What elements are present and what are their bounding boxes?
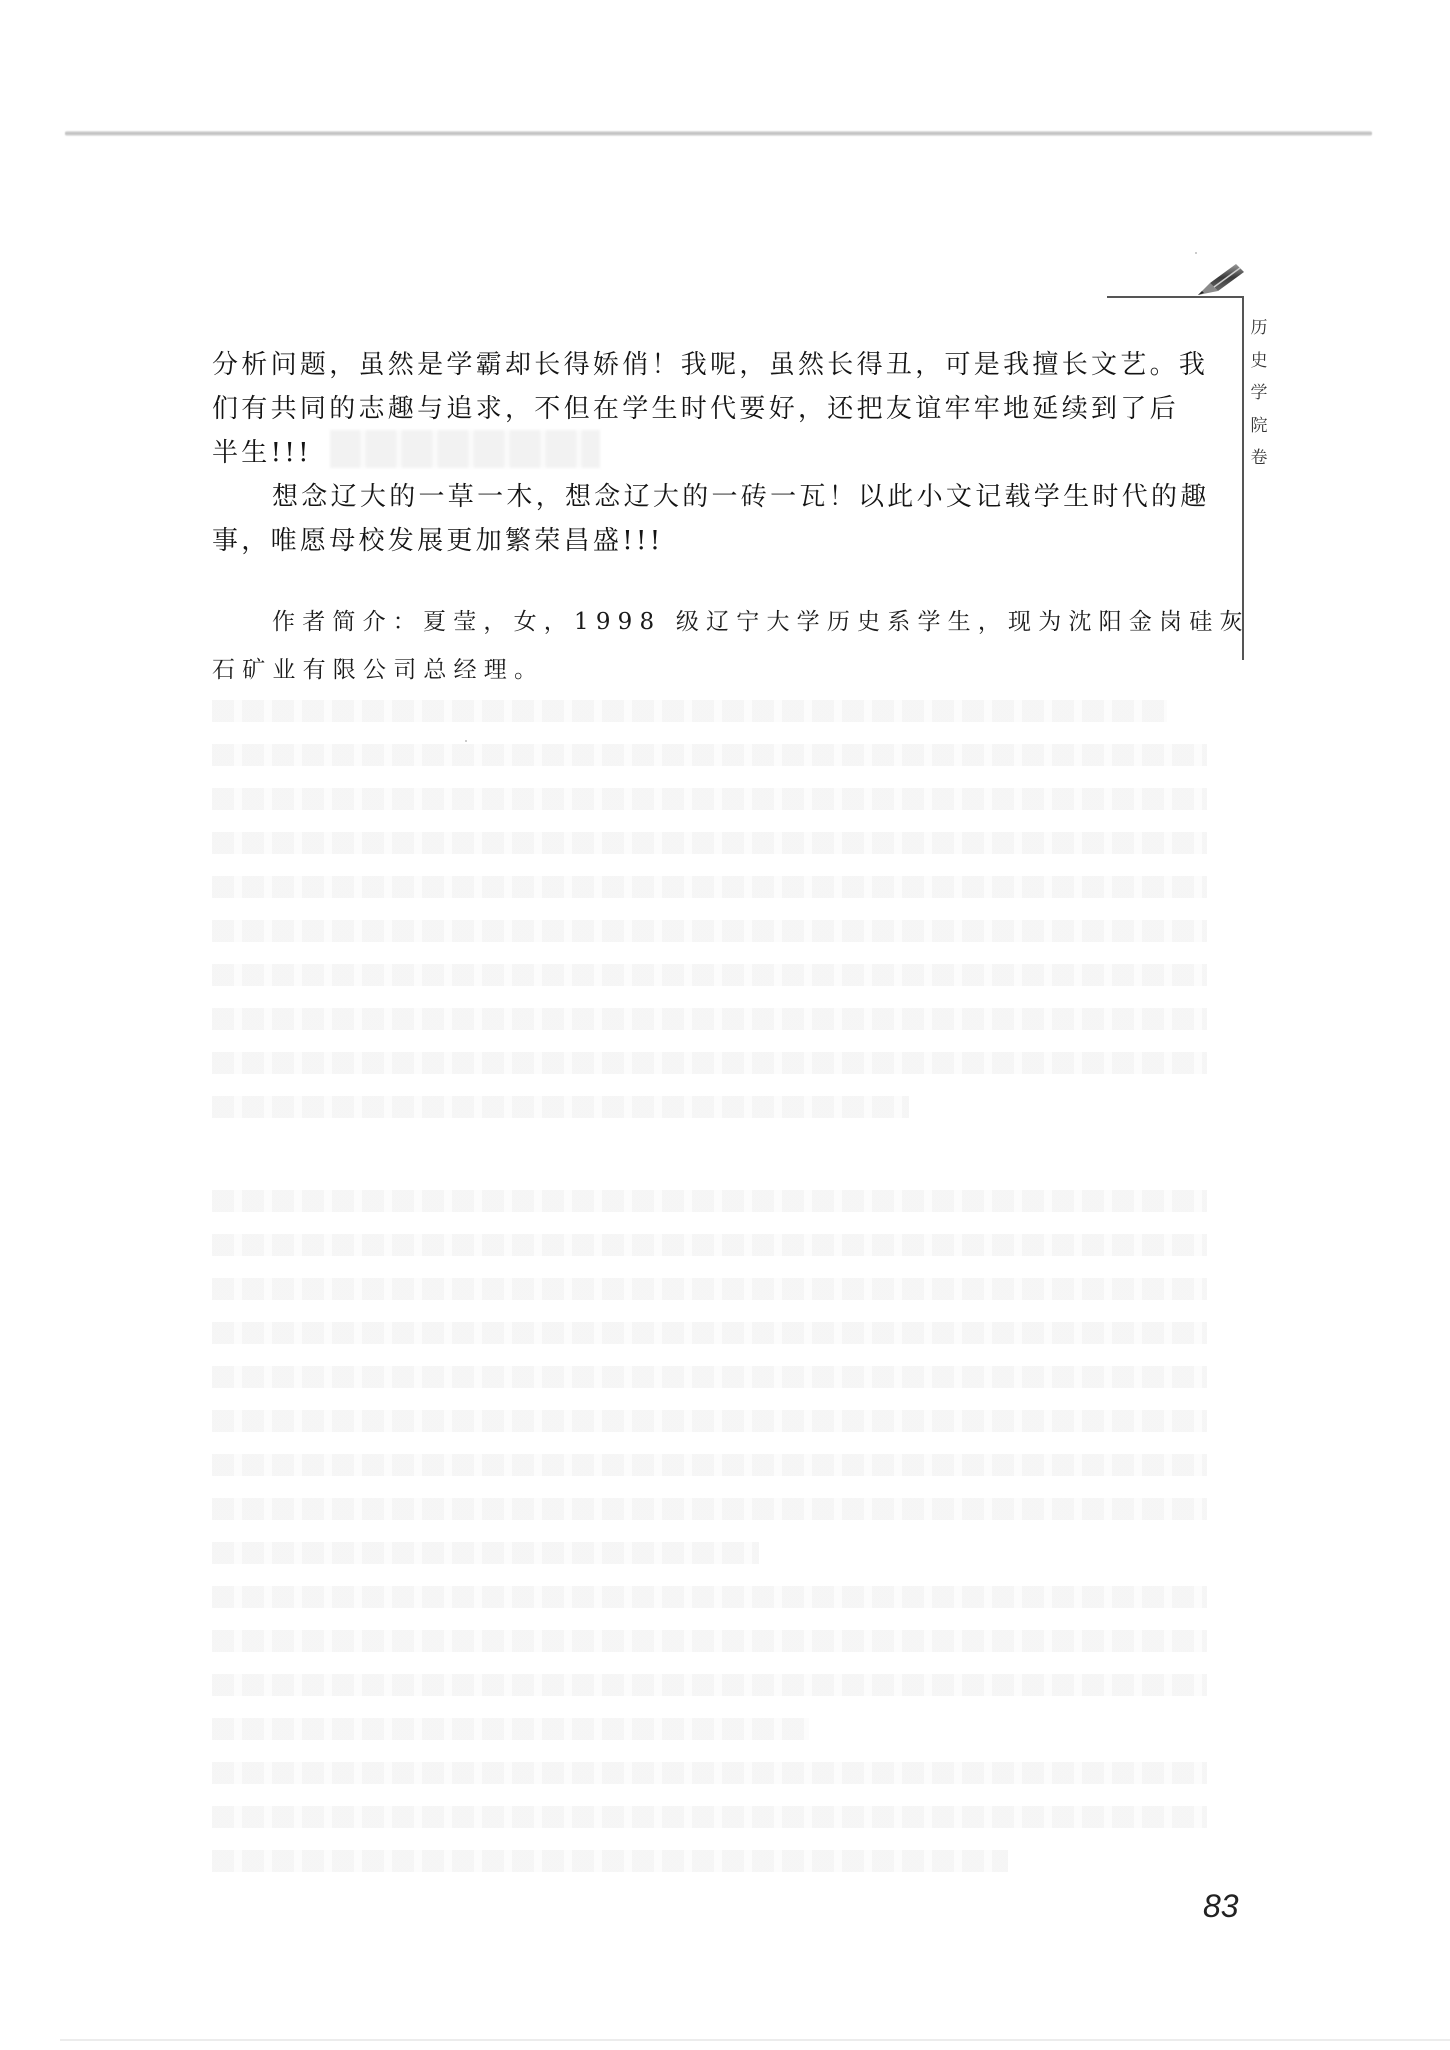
header-rule	[65, 131, 1372, 136]
text-line: 们有共同的志趣与追求，不但在学生时代要好，还把友谊牢牢地延续到了后	[212, 387, 1207, 431]
text-line: 分析问题，虽然是学霸却长得娇俏！我呢，虽然长得丑，可是我擅长文艺。我	[212, 343, 1207, 387]
side-tab-char: 学	[1249, 377, 1269, 410]
article-body: 分析问题，虽然是学霸却长得娇俏！我呢，虽然长得丑，可是我擅长文艺。我 们有共同的…	[212, 343, 1207, 563]
side-tab-char: 卷	[1249, 442, 1269, 475]
side-tab-char: 院	[1249, 410, 1269, 443]
author-line: 石矿业有限公司总经理。	[212, 646, 1207, 694]
author-introduction: 作者简介：夏莹，女，1998 级辽宁大学历史系学生，现为沈阳金岗硅灰 石矿业有限…	[212, 598, 1207, 694]
page-number: 83	[1203, 1888, 1239, 1925]
author-line: 作者简介：夏莹，女，1998 级辽宁大学历史系学生，现为沈阳金岗硅灰	[212, 598, 1207, 646]
text-line: 想念辽大的一草一木，想念辽大的一砖一瓦！以此小文记载学生时代的趣	[212, 475, 1207, 519]
text-line: 半生!!!	[212, 431, 1207, 475]
side-tab-char: 历	[1249, 312, 1269, 345]
pencil-icon	[1194, 260, 1246, 298]
scan-speck	[465, 740, 467, 742]
side-tab-rule-horizontal	[1107, 296, 1243, 298]
side-tab-label: 历 史 学 院 卷	[1249, 312, 1269, 475]
text-line: 事，唯愿母校发展更加繁荣昌盛!!!	[212, 519, 1207, 563]
side-tab-char: 史	[1249, 345, 1269, 378]
scan-speck	[1195, 252, 1197, 254]
footer-rule	[60, 2039, 1450, 2041]
